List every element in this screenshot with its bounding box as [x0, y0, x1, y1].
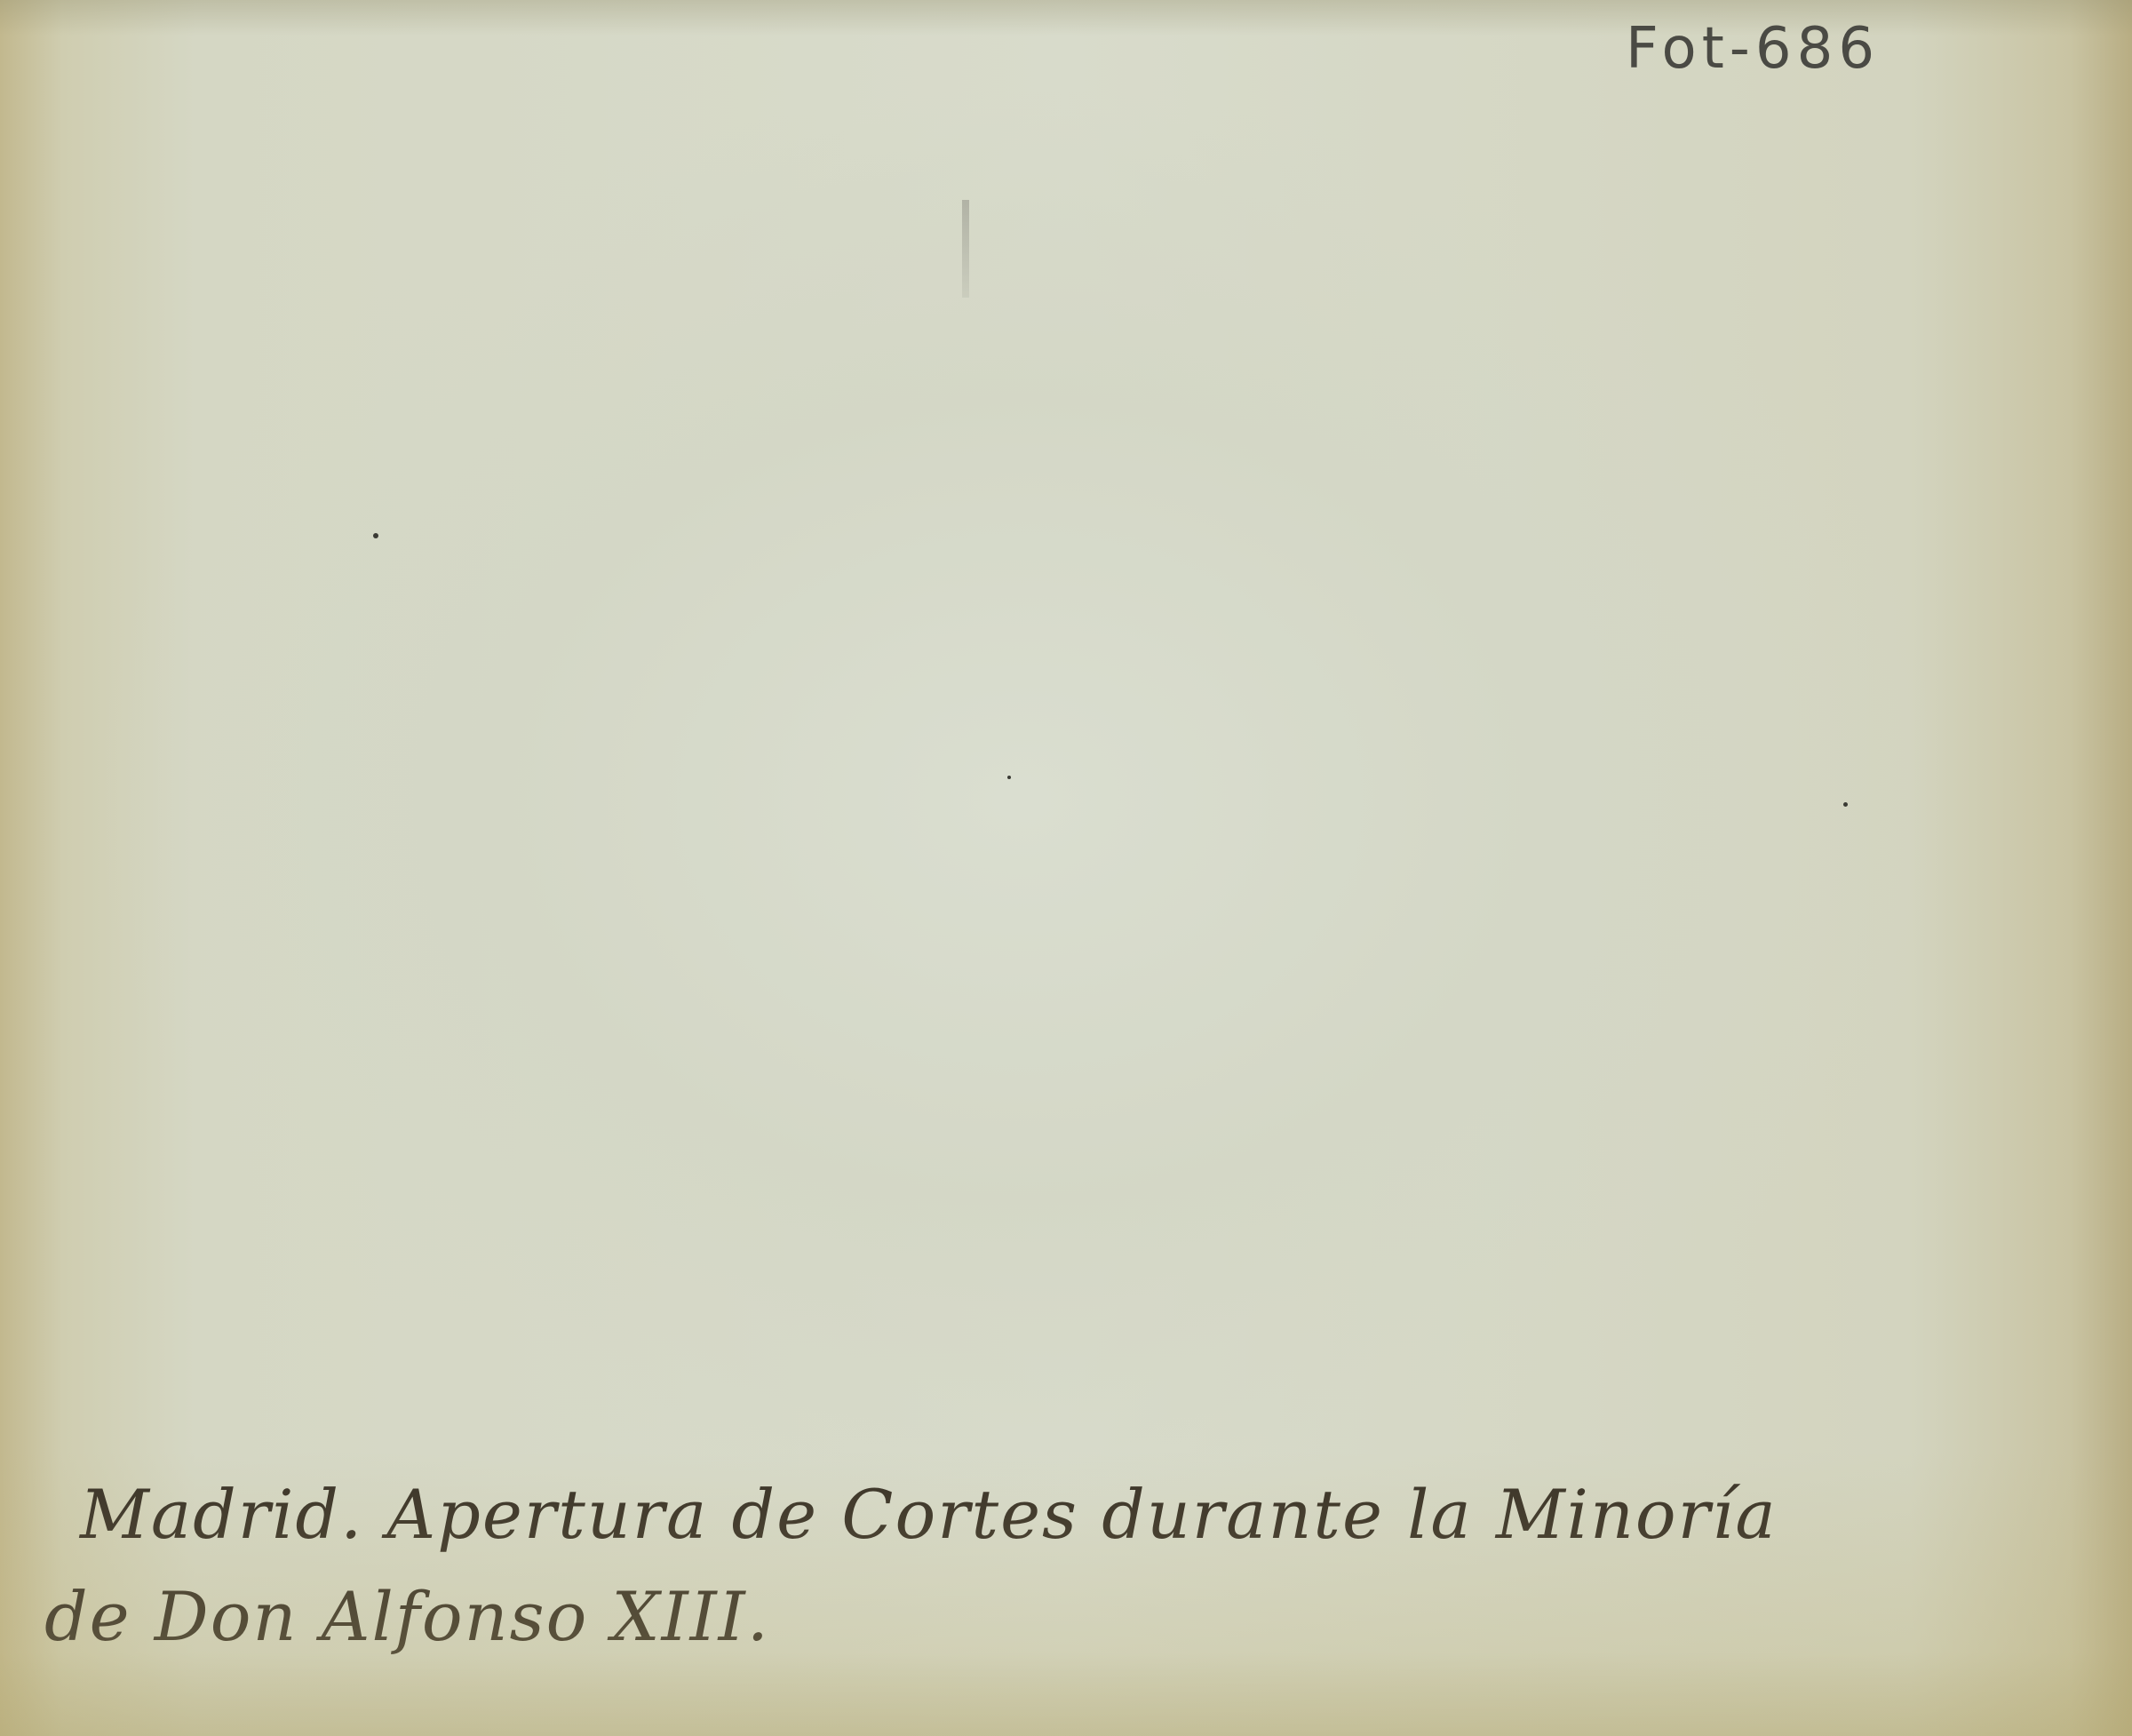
paper-speck	[1007, 776, 1011, 779]
caption-line-2: de Don Alfonso XIII.	[44, 1577, 770, 1656]
mount-card: Fot-686 Madrid. Apertura de Cortes duran…	[0, 0, 2132, 1736]
paper-speck	[373, 533, 378, 538]
paper-speck	[1843, 802, 1848, 807]
caption-line-1: Madrid. Apertura de Cortes durante la Mi…	[80, 1475, 1778, 1554]
paper-stain	[962, 200, 969, 298]
catalog-number: Fot-686	[1626, 16, 1880, 82]
